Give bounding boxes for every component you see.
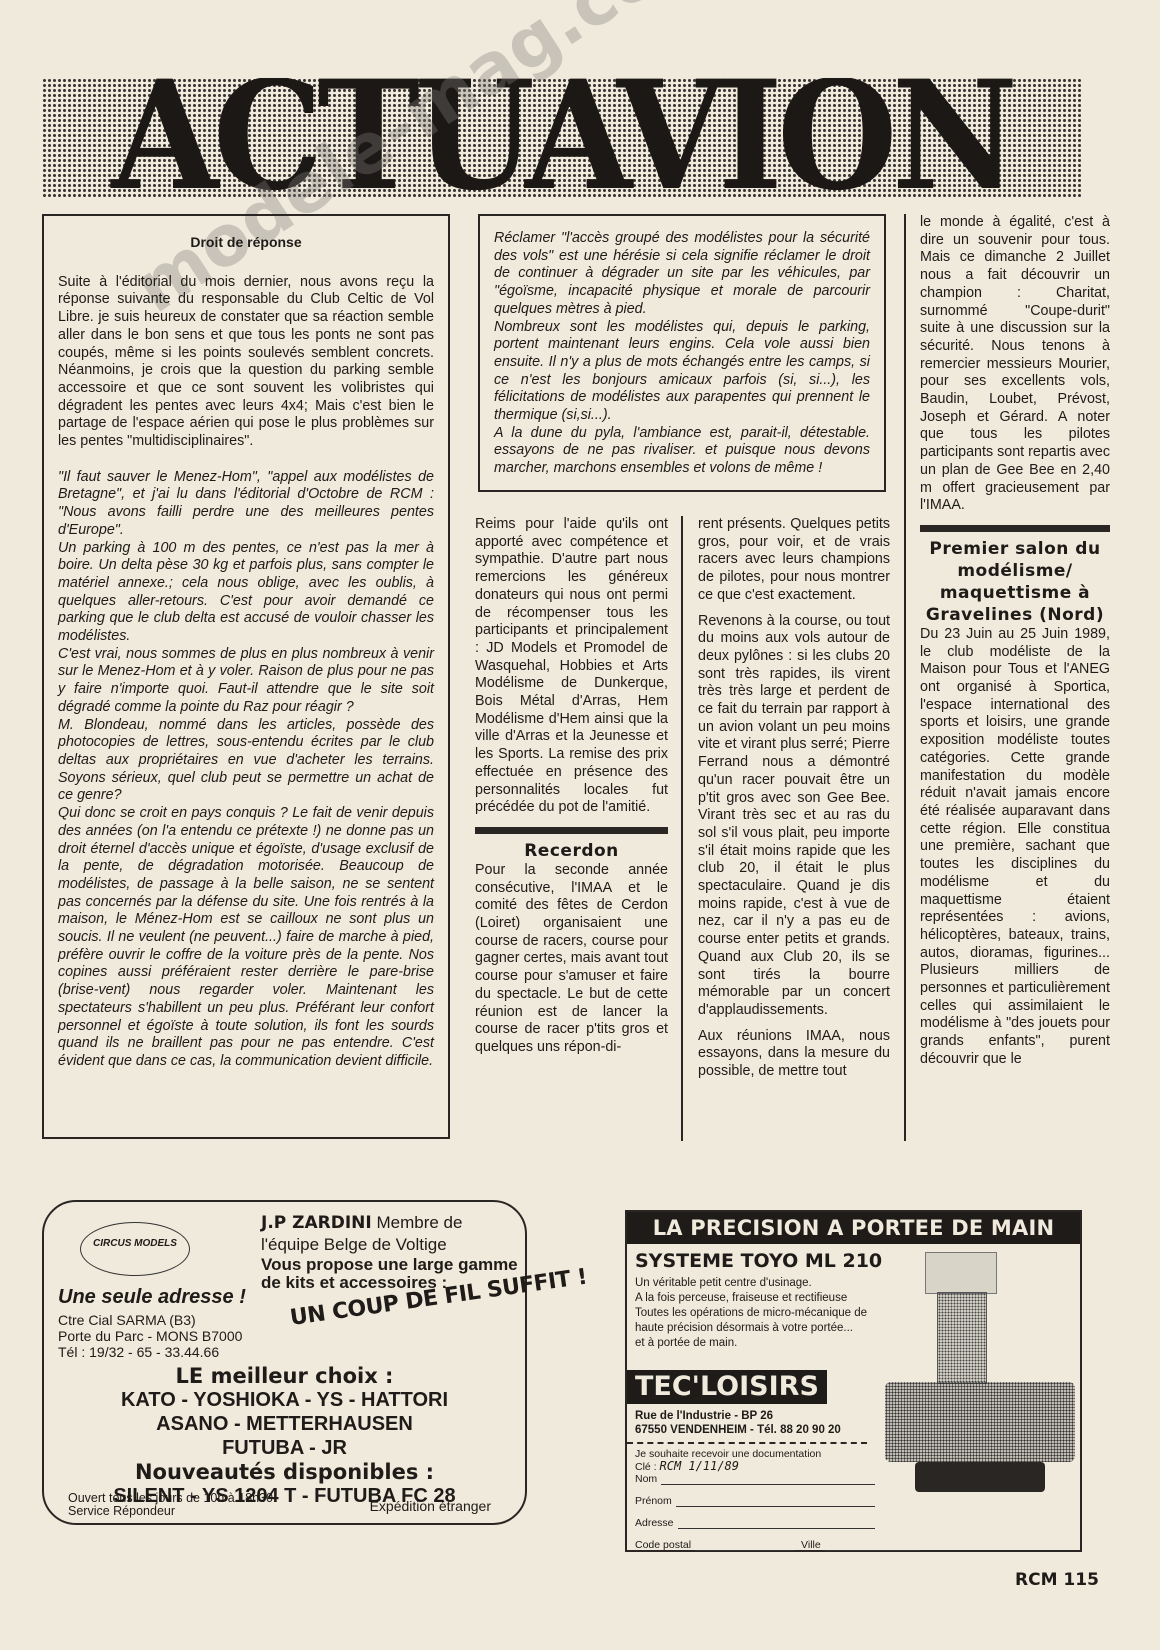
tecloisirs-headline: LA PRECISION A PORTEE DE MAIN [627, 1212, 1080, 1244]
article-paragraph: Pour la seconde année consécutive, l'IMA… [475, 862, 668, 1057]
intro-paragraph: Suite à l'éditorial du mois dernier, nou… [58, 274, 434, 451]
zardini-shipping: Expédition étranger [370, 1498, 491, 1514]
zardini-brands: ASANO - METTERHAUSEN [44, 1412, 525, 1436]
zardini-phone: Tél : 19/32 - 65 - 33.44.66 [58, 1344, 242, 1360]
zardini-choice-title: LE meilleur choix : [44, 1364, 525, 1388]
field-label: Nom [635, 1473, 657, 1485]
field-prenom[interactable]: Prénom [635, 1495, 875, 1507]
zardini-address2: Porte du Parc - MONS B7000 [58, 1328, 242, 1344]
letter-paragraph: Nombreux sont les modélistes qui, depuis… [494, 319, 870, 425]
zardini-name-suffix: Membre de [376, 1213, 462, 1232]
coupon-cut-line [627, 1442, 867, 1444]
tecloisirs-desc-line: Toutes les opérations de micro-mécanique… [635, 1306, 867, 1321]
article-paragraph: Du 23 Juin au 25 Juin 1989, le club modé… [920, 626, 1110, 1069]
article-paragraph: rent présents. Quelques petits gros, pou… [698, 516, 890, 605]
key-value: RCM 1/11/89 [660, 1459, 739, 1473]
section-title-premier-salon: Premier salon du modélisme/ maquettisme … [920, 538, 1110, 626]
milling-machine-image [885, 1252, 1075, 1512]
field-nom[interactable]: Nom [635, 1473, 875, 1485]
field-adresse[interactable]: Adresse [635, 1517, 875, 1529]
tecloisirs-address2: 67550 VENDENHEIM - Tél. 88 20 90 20 [635, 1423, 841, 1437]
tecloisirs-desc-line: haute précision désormais à votre portée… [635, 1321, 867, 1336]
box-title: Droit de réponse [58, 234, 434, 252]
field-code-postal-ville[interactable]: Code postal Ville [635, 1539, 920, 1551]
zardini-address1: Ctre Cial SARMA (B3) [58, 1312, 242, 1328]
field-label: Adresse [635, 1517, 674, 1529]
article-paragraph: le monde à égalité, c'est à dire un souv… [920, 214, 1110, 515]
section-title-recerdon: Recerdon [475, 840, 668, 862]
coupon-form: Je souhaite recevoir une documentation C… [635, 1448, 875, 1551]
letter-paragraph: Réclamer "l'accès groupé des modélistes … [494, 230, 870, 319]
field-label: Ville [801, 1539, 821, 1551]
letter-paragraph: "Il faut sauver le Menez-Hom", "appel au… [58, 469, 434, 540]
letter-paragraph: Un parking à 100 m des pentes, ce n'est … [58, 540, 434, 646]
article-paragraph: Revenons à la course, ou tout du moins a… [698, 613, 890, 1020]
field-label: Code postal [635, 1539, 691, 1551]
section-divider [920, 525, 1110, 532]
page-title: ACTUAVION [84, 78, 1041, 198]
page-number: 115 [1063, 1570, 1099, 1590]
ad-zardini: CIRCUS MODELS J.P ZARDINI Membre de l'éq… [42, 1200, 527, 1525]
section-divider [475, 827, 668, 834]
header-banner: ACTUAVION [42, 78, 1082, 198]
article-column-4: le monde à égalité, c'est à dire un souv… [920, 214, 1110, 1069]
tecloisirs-desc-line: A la fois perceuse, fraiseuse et rectifi… [635, 1291, 867, 1306]
key-label: Clé : [635, 1461, 657, 1473]
zardini-new-title: Nouveautés disponibles : [44, 1460, 525, 1484]
tecloisirs-address1: Rue de l'Industrie - BP 26 [635, 1409, 841, 1423]
zardini-brands: KATO - YOSHIOKA - YS - HATTORI [44, 1388, 525, 1412]
zardini-brands: FUTUBA - JR [44, 1436, 525, 1460]
zardini-service: Service Répondeur [68, 1505, 273, 1518]
circus-models-logo: CIRCUS MODELS [80, 1222, 190, 1276]
letter-paragraph: A la dune du pyla, l'ambiance est, parai… [494, 425, 870, 478]
letter-paragraph: Qui donc se croit en pays conquis ? Le f… [58, 805, 434, 1071]
logo-text: CIRCUS MODELS [93, 1238, 177, 1249]
tecloisirs-desc-line: Un véritable petit centre d'usinage. [635, 1276, 867, 1291]
zardini-name: J.P ZARDINI [261, 1213, 372, 1233]
droit-de-reponse-continued-box: Réclamer "l'accès groupé des modélistes … [478, 214, 886, 492]
tecloisirs-desc-line: et à portée de main. [635, 1336, 867, 1351]
column-divider [904, 214, 906, 1141]
tecloisirs-brand: TEC'LOISIRS [627, 1370, 827, 1404]
letter-paragraph: C'est vrai, nous sommes de plus en plus … [58, 646, 434, 717]
ad-tecloisirs: LA PRECISION A PORTEE DE MAIN SYSTEME TO… [625, 1210, 1082, 1552]
droit-de-reponse-box: Droit de réponse Suite à l'éditorial du … [42, 214, 450, 1139]
zardini-tagline: Une seule adresse ! [58, 1286, 246, 1309]
letter-paragraph: M. Blondeau, nommé dans les articles, po… [58, 717, 434, 806]
column-divider [681, 516, 683, 1141]
magazine-name: RCM [1015, 1570, 1057, 1590]
article-paragraph: Aux réunions IMAA, nous essayons, dans l… [698, 1028, 890, 1081]
article-paragraph: Reims pour l'aide qu'ils ont apporté ave… [475, 516, 668, 817]
article-column-3: rent présents. Quelques petits gros, pou… [698, 516, 890, 1081]
zardini-line2: l'équipe Belge de Voltige [261, 1235, 447, 1254]
page-footer: RCM 115 [1015, 1570, 1099, 1590]
article-column-2: Reims pour l'aide qu'ils ont apporté ave… [475, 516, 668, 1057]
field-label: Prénom [635, 1495, 672, 1507]
tecloisirs-product: SYSTEME TOYO ML 210 [635, 1250, 882, 1272]
